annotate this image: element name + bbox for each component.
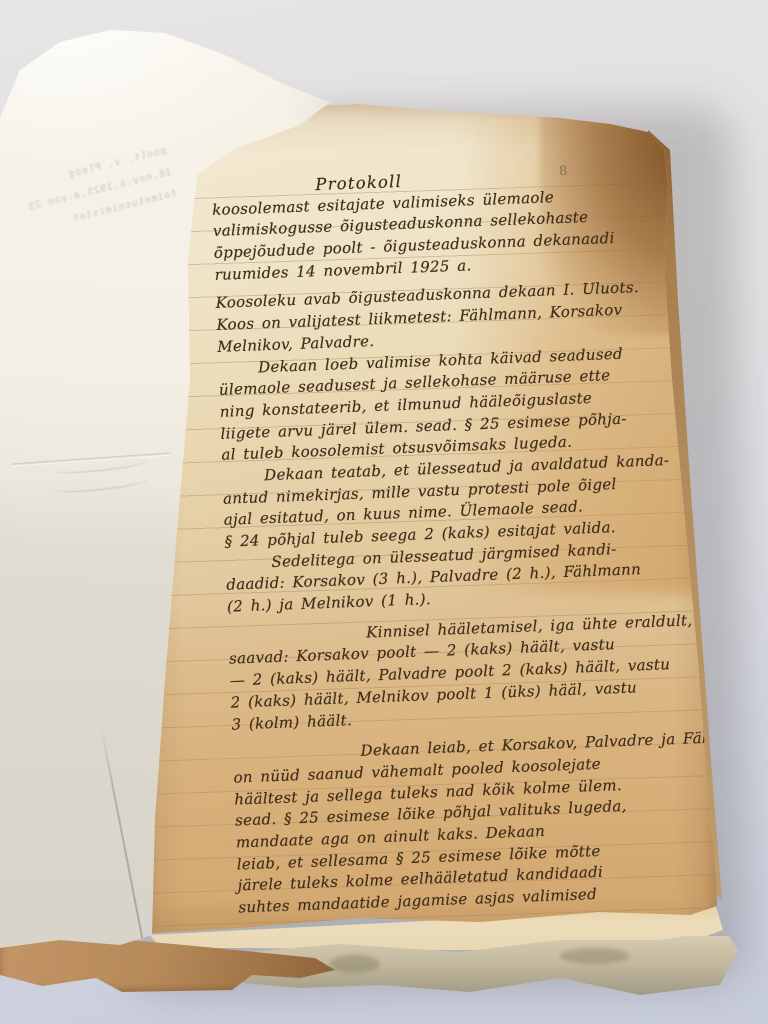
manuscript-page: 8 Protokollkoosolemast esitajate valimis… [145,100,720,940]
page-crease [100,726,145,950]
archive-photo: 8 Protokollkoosolemast esitajate valimis… [0,0,768,1024]
stack-stain [560,948,630,964]
stack-stain [330,955,380,973]
ghost-typed-text: poolt. v. Ploog16.nov.s.1925.a.von 25toi… [0,140,179,245]
ghost-typed-line: 16.nov.s.1925.a.von 25 [4,162,174,224]
paper-edge-line [12,452,170,466]
ghost-typed-line: poolt. v. Ploog [0,140,169,202]
handwritten-text: Protokollkoosolemast esitajate valimisek… [211,160,730,920]
ghost-typed-line: toimetusnimistot [9,183,179,245]
pencil-scribble [52,452,148,496]
